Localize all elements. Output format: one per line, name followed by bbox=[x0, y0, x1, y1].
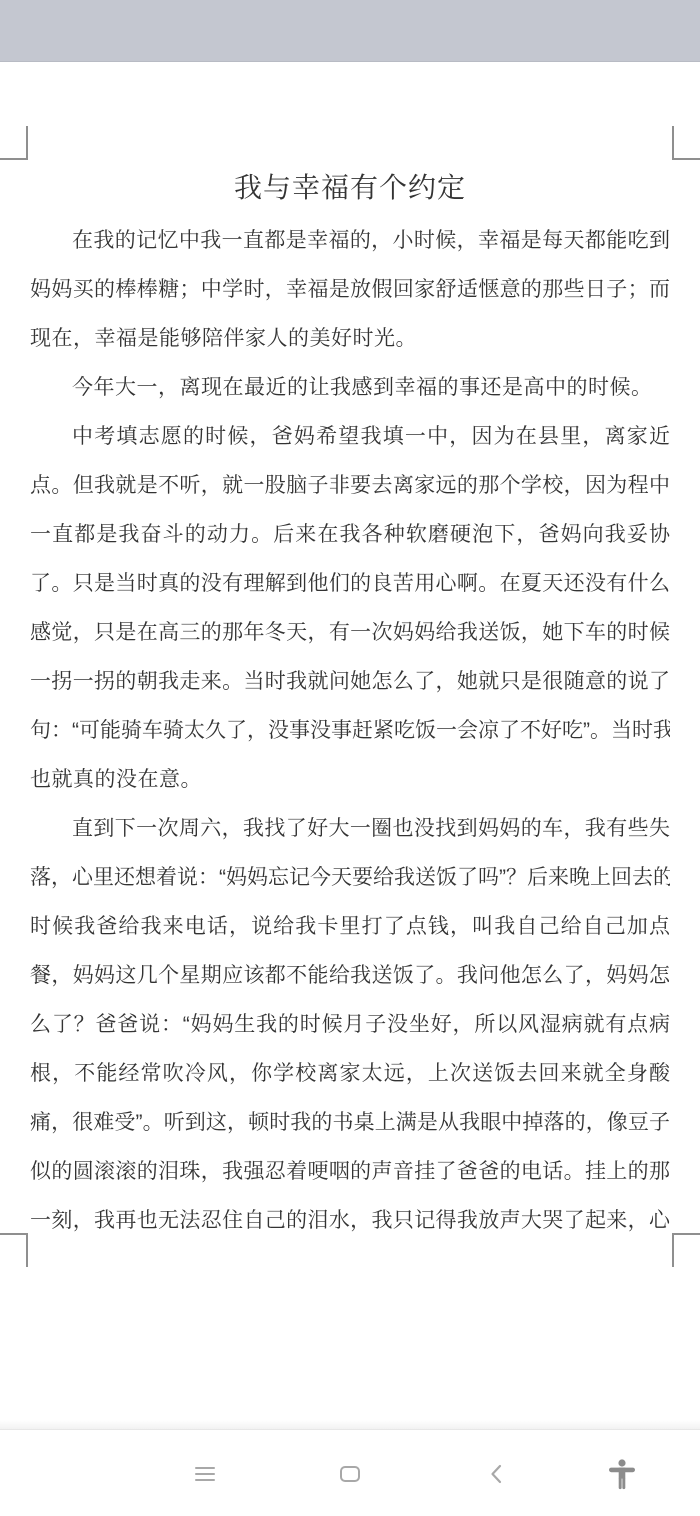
screen: 我与幸福有个约定 在我的记忆中我一直都是幸福的，小时候，幸福是每天都能吃到妈妈买… bbox=[0, 0, 700, 1516]
document-body: 在我的记忆中我一直都是幸福的，小时候，幸福是每天都能吃到妈妈买的棒棒糖；中学时，… bbox=[30, 216, 670, 1245]
text-line: 餐，妈妈这几个星期应该都不能给我送饭了。我问他怎么了，妈妈怎 bbox=[30, 951, 670, 1000]
text-line: 中考填志愿的时候，爸妈希望我填一中，因为在县里，离家近 bbox=[30, 412, 670, 461]
text-line: 句：“可能骑车骑太久了，没事没事赶紧吃饭一会凉了不好吃”。当时我 bbox=[30, 706, 670, 755]
text-line: 也就真的没在意。 bbox=[30, 755, 670, 804]
text-line: 一直都是我奋斗的动力。后来在我各种软磨硬泡下，爸妈向我妥协 bbox=[30, 510, 670, 559]
status-bar bbox=[0, 0, 700, 62]
text-line: 根，不能经常吹冷风，你学校离家太远，上次送饭去回来就全身酸 bbox=[30, 1049, 670, 1098]
document-title: 我与幸福有个约定 bbox=[0, 160, 700, 216]
menu-button[interactable] bbox=[181, 1450, 229, 1498]
chevron-left-icon bbox=[489, 1464, 503, 1484]
nav-bar-shadow bbox=[0, 1420, 700, 1429]
text-line: 点。但我就是不听，就一股脑子非要去离家远的那个学校，因为程中 bbox=[30, 461, 670, 510]
text-line: 时候我爸给我来电话，说给我卡里打了点钱，叫我自己给自己加点 bbox=[30, 902, 670, 951]
page-margin-mark-bottom-left bbox=[0, 1233, 28, 1267]
text-line: 落，心里还想着说：“妈妈忘记今天要给我送饭了吗”？后来晚上回去的 bbox=[30, 853, 670, 902]
text-line: 么了？爸爸说：“妈妈生我的时候月子没坐好，所以风湿病就有点病 bbox=[30, 1000, 670, 1049]
text-line: 一拐一拐的朝我走来。当时我就问她怎么了，她就只是很随意的说了 bbox=[30, 657, 670, 706]
accessibility-button[interactable] bbox=[598, 1450, 646, 1498]
text-line: 现在，幸福是能够陪伴家人的美好时光。 bbox=[30, 314, 670, 363]
text-line: 了。只是当时真的没有理解到他们的良苦用心啊。在夏天还没有什么 bbox=[30, 559, 670, 608]
page-margin-mark-top-right bbox=[672, 126, 700, 160]
back-button[interactable] bbox=[472, 1450, 520, 1498]
page-margin-mark-top-left bbox=[0, 126, 28, 160]
page-margin-mark-bottom-right bbox=[672, 1233, 700, 1267]
text-line: 似的圆滚滚的泪珠，我强忍着哽咽的声音挂了爸爸的电话。挂上的那 bbox=[30, 1147, 670, 1196]
recents-button[interactable] bbox=[326, 1450, 374, 1498]
text-line: 一刻，我再也无法忍住自己的泪水，我只记得我放声大哭了起来，心 bbox=[30, 1196, 670, 1245]
text-line: 今年大一，离现在最近的让我感到幸福的事还是高中的时候。 bbox=[30, 363, 670, 412]
text-line: 痛，很难受”。听到这，顿时我的书桌上满是从我眼中掉落的，像豆子 bbox=[30, 1098, 670, 1147]
hamburger-icon bbox=[195, 1463, 215, 1485]
text-line: 直到下一次周六，我找了好大一圈也没找到妈妈的车，我有些失 bbox=[30, 804, 670, 853]
rounded-square-icon bbox=[340, 1466, 360, 1482]
text-line: 妈妈买的棒棒糖；中学时，幸福是放假回家舒适惬意的那些日子；而 bbox=[30, 265, 670, 314]
text-line: 感觉，只是在高三的那年冬天，有一次妈妈给我送饭，她下车的时候 bbox=[30, 608, 670, 657]
text-line: 在我的记忆中我一直都是幸福的，小时候，幸福是每天都能吃到 bbox=[30, 216, 670, 265]
accessibility-person-icon bbox=[608, 1459, 636, 1490]
